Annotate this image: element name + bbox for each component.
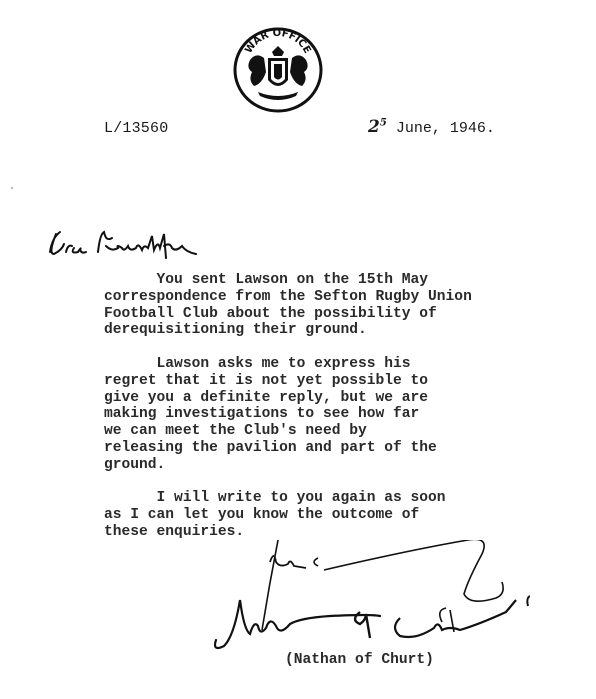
war-office-seal-icon: WAR OFFICE bbox=[232, 22, 324, 114]
reference-number: L/13560 bbox=[104, 120, 168, 137]
date-month-year: June, 1946. bbox=[387, 120, 495, 137]
paper-speck bbox=[11, 187, 13, 189]
letter-date: 25 June, 1946. bbox=[368, 117, 495, 137]
svg-text:Nathan of Churt: Nathan of Churt bbox=[210, 540, 219, 541]
paragraph-3: I will write to you again as soon as I c… bbox=[104, 490, 544, 540]
paragraph-2: Lawson asks me to express his regret tha… bbox=[104, 356, 544, 474]
letter-body: You sent Lawson on the 15th May correspo… bbox=[104, 272, 544, 558]
paragraph-1: You sent Lawson on the 15th May correspo… bbox=[104, 272, 544, 339]
signature-handwritten: Nathan of Churt bbox=[210, 540, 530, 660]
signer-name: (Nathan of Churt) bbox=[285, 652, 434, 668]
date-day-handwritten: 25 bbox=[368, 117, 387, 137]
salutation-handwritten: Dear Rasmallthyfe bbox=[46, 224, 206, 260]
